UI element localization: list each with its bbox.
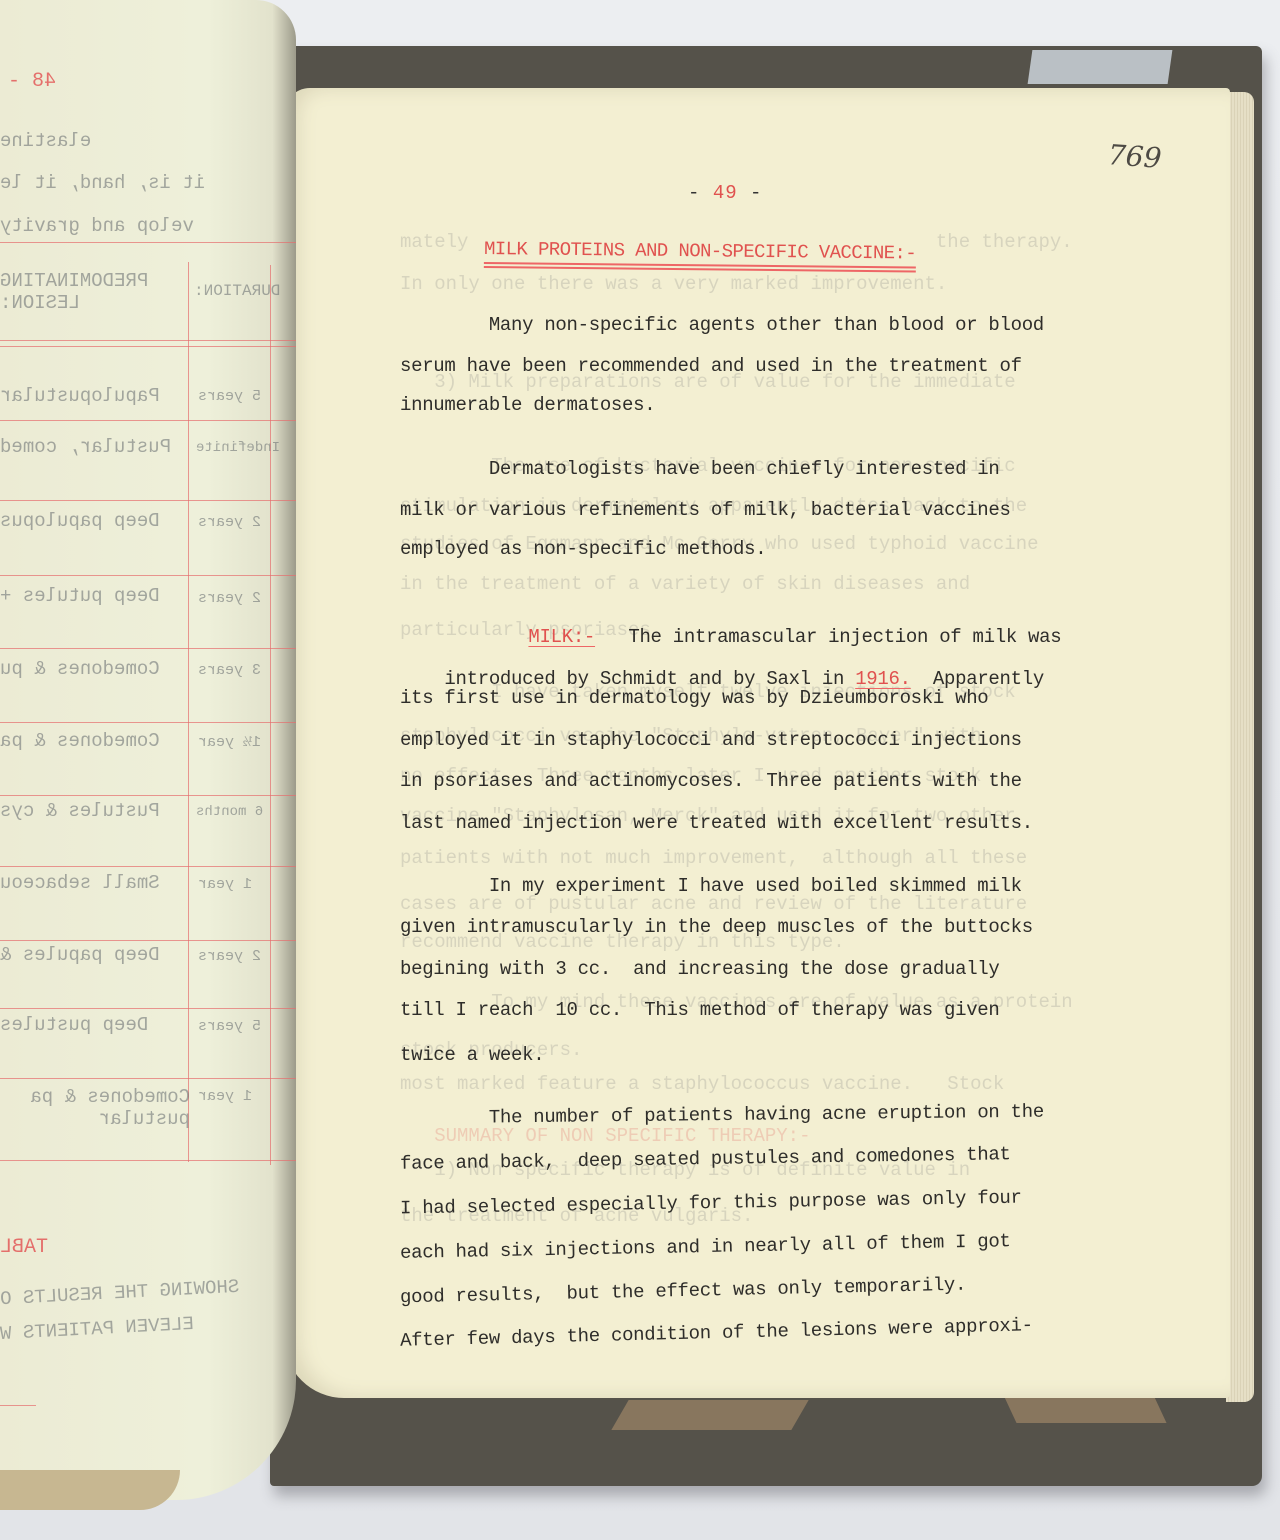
table-cell-lesion: Pustules & cys: [0, 800, 160, 822]
table-rule: [0, 420, 296, 421]
text-line: In my experiment I have used boiled skim…: [400, 875, 1022, 897]
table-cell-lesion: Pustular, comed: [0, 436, 171, 458]
table-cell-lesion: Deep putules +: [0, 585, 160, 607]
page-number: - 49 -: [688, 182, 762, 204]
table-cell-duration: 2 years: [198, 514, 261, 531]
left-page-edge: [0, 1470, 180, 1510]
text-line: serum have been recommended and used in …: [400, 355, 1022, 377]
text-line: good results, but the effect was only te…: [400, 1274, 967, 1309]
text-line: last named injection were treated with e…: [400, 812, 1033, 834]
text-span: The intramascular injection of milk was: [595, 626, 1061, 648]
bleed-line: elastine: [0, 130, 91, 152]
table-rule: [0, 242, 296, 243]
milk-subheading: MILK:-: [528, 626, 595, 648]
table-cell-duration: 6 months: [196, 804, 263, 820]
table-rule: [0, 940, 296, 941]
table-header: PREDOMINATING: [0, 270, 148, 292]
text-line: begining with 3 cc. and increasing the d…: [400, 958, 1000, 980]
bleed-line: in the treatment of a variety of skin di…: [400, 564, 1120, 605]
text-line: its first use in dermatology was by Dzie…: [400, 687, 988, 709]
table-cell-lesion: Small sebaceou: [0, 872, 160, 894]
table-caption-line: SHOWING THE RESULTS O: [0, 1276, 240, 1311]
table-rule: [0, 1008, 296, 1009]
bleed-line: velop and gravity: [0, 215, 194, 237]
table-rule: [0, 575, 296, 576]
table-rule: [0, 1160, 296, 1161]
text-line: milk or various refinements of milk, bac…: [400, 499, 1011, 521]
text-line: twice a week.: [400, 1044, 544, 1066]
table-rule: [0, 500, 296, 501]
table-cell-lesion: Comedones & pa pustular: [0, 1086, 190, 1130]
table-rule: [0, 1078, 296, 1079]
table-column-rule: [270, 265, 271, 1165]
table-column-rule: [188, 262, 189, 1162]
table-cell-lesion: Deep papulopus: [0, 510, 160, 532]
bleed-line: most marked feature a staphylococcus vac…: [400, 1064, 1120, 1105]
table-cell-lesion: Deep papules &: [0, 944, 160, 966]
table-rule: [0, 648, 296, 649]
table-caption-title: TABL: [0, 1236, 48, 1259]
table-cell-lesion: Papulopustular: [0, 385, 160, 407]
table-cell-duration: 1 year: [198, 1088, 252, 1105]
text-line: Many non-specific agents other than bloo…: [400, 314, 1044, 336]
table-cell-lesion: Deep pustules: [0, 1014, 148, 1036]
table-rule: [0, 340, 296, 341]
table-header: DURATION:: [194, 282, 280, 300]
text-line: employed as non-specific methods.: [400, 538, 766, 560]
table-cell-duration: 5 years: [198, 388, 261, 405]
text-line: employed it in staphylococci and strepto…: [400, 729, 1022, 751]
text-line: After few days the condition of the lesi…: [400, 1314, 1033, 1351]
left-page-number: 48 -: [8, 70, 56, 93]
text-line: given intramuscularly in the deep muscle…: [400, 916, 1033, 938]
text-line: innumerable dermatoses.: [400, 394, 655, 416]
table-cell-duration: 2 years: [198, 590, 261, 607]
table-cell-duration: 5 years: [198, 1018, 261, 1035]
page-number-value: 49: [713, 182, 738, 204]
table-header: LESION:: [0, 292, 80, 314]
handwritten-folio-number: 769: [1107, 138, 1163, 175]
table-rule: [0, 866, 296, 867]
table-cell-duration: 3 years: [198, 662, 261, 679]
table-rule: [0, 722, 296, 723]
text-line: Dermatologists have been chiefly interes…: [400, 458, 1000, 480]
table-cell-duration: 1 year: [198, 876, 252, 893]
page-number-dash: -: [738, 182, 763, 204]
table-rule: [0, 795, 296, 796]
bleed-line: it is, hand, it le: [0, 172, 205, 194]
left-page: 48 - elastine it is, hand, it le velop a…: [0, 0, 296, 1500]
table-cell-lesion: Comedones & pa: [0, 730, 160, 752]
table-caption-line: ELEVEN PATIENTS W: [0, 1313, 194, 1345]
table-cell-duration: Indefinite: [196, 440, 280, 456]
caption-rule: [0, 1405, 36, 1406]
table-cell-lesion: Comedones & pu: [0, 658, 160, 680]
page-number-dash: -: [688, 182, 713, 204]
bleed-line: patients with not much improvement, alth…: [400, 838, 1120, 879]
section-heading: MILK PROTEINS AND NON-SPECIFIC VACCINE:-: [484, 238, 916, 269]
table-rule: [0, 346, 296, 347]
table-cell-duration: 2 years: [198, 948, 261, 965]
text-line: in psoriases and actinomycoses. Three pa…: [400, 770, 1022, 792]
text-line: till I reach 10 cc. This method of thera…: [400, 999, 1000, 1021]
table-cell-duration: 1½ year: [198, 734, 261, 751]
